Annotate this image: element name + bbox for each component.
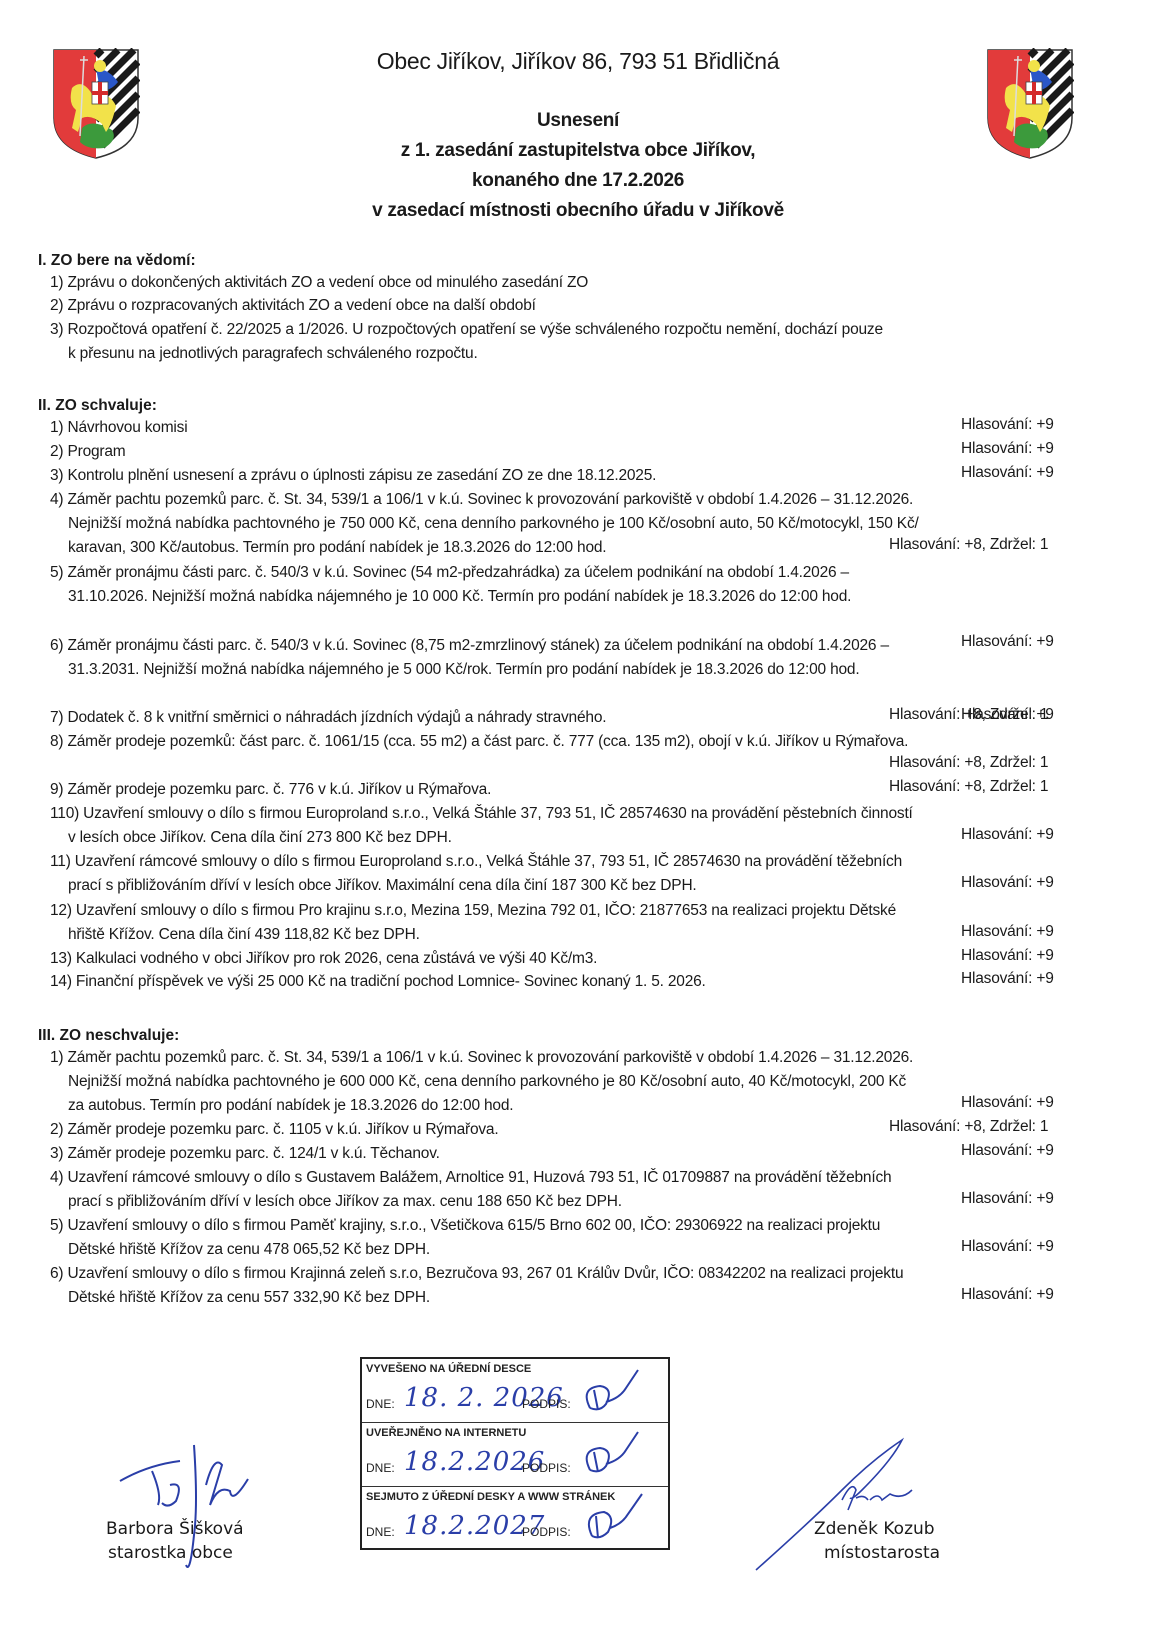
resolution-item: 2) Program: [50, 440, 126, 464]
section-heading: III. ZO neschvaluje:: [38, 1027, 179, 1045]
resolution-item: 1) Záměr pachtu pozemků parc. č. St. 34,…: [50, 1046, 913, 1070]
vote-result: Hlasování: +9: [961, 1286, 1054, 1304]
stamp-label: UVEŘEJNĚNO NA INTERNETU: [366, 1427, 526, 1439]
stamp-signature-label: PODPIS:: [522, 1461, 571, 1475]
vote-result: Hlasování: +9: [961, 970, 1054, 988]
resolution-item: 11) Uzavření rámcové smlouvy o dílo s fi…: [50, 850, 902, 874]
deputy-mayor-role: místostarosta: [824, 1543, 940, 1563]
vote-result: Hlasování: +9: [961, 826, 1054, 844]
vote-result: Hlasování: +8, Zdržel: 1: [889, 754, 1048, 772]
resolution-item: 4) Uzavření rámcové smlouvy o dílo s Gus…: [50, 1166, 891, 1190]
section-heading: II. ZO schvaluje:: [38, 397, 157, 415]
resolution-item: 2) Záměr prodeje pozemku parc. č. 1105 v…: [50, 1118, 498, 1142]
meeting-location: v zasedací místnosti obecního úřadu v Ji…: [0, 200, 1156, 222]
resolution-item: 9) Záměr prodeje pozemku parc. č. 776 v …: [50, 778, 491, 802]
stamp-signature-label: PODPIS:: [522, 1525, 571, 1539]
resolution-item-continuation: za autobus. Termín pro podání nabídek je…: [68, 1094, 513, 1118]
resolution-item: 6) Uzavření smlouvy o dílo s firmou Kraj…: [50, 1262, 903, 1286]
vote-result: Hlasování: +9: [961, 633, 1054, 651]
resolution-item-continuation: hřiště Křížov. Cena díla činí 439 118,82…: [68, 923, 420, 947]
vote-result: Hlasování: +9: [961, 874, 1054, 892]
vote-result: Hlasování: +9: [961, 1094, 1054, 1112]
vote-result: Hlasování: +9: [961, 706, 1054, 724]
meeting-date: konaného dne 17.2.2026: [0, 170, 1156, 192]
resolution-item: 2) Zprávu o rozpracovaných aktivitách ZO…: [50, 294, 536, 318]
document-title: Usnesení: [0, 110, 1156, 132]
resolution-item-continuation: Dětské hřiště Křížov za cenu 478 065,52 …: [68, 1238, 430, 1262]
signature-mayor-icon: [118, 1445, 268, 1585]
resolution-item: 5) Záměr pronájmu části parc. č. 540/3 v…: [50, 561, 849, 585]
resolution-item: 5) Uzavření smlouvy o dílo s firmou Pamě…: [50, 1214, 880, 1238]
resolution-item-continuation: 31.10.2026. Nejnižší možná nabídka nájem…: [68, 585, 851, 609]
resolution-item: 13) Kalkulaci vodného v obci Jiříkov pro…: [50, 947, 597, 971]
vote-result: Hlasování: +9: [961, 1238, 1054, 1256]
section-heading: I. ZO bere na vědomí:: [38, 252, 196, 270]
vote-result: Hlasování: +9: [961, 1142, 1054, 1160]
resolution-item-continuation: Nejnižší možná nabídka pachtovného je 60…: [68, 1070, 906, 1094]
deputy-mayor-name: Zdeněk Kozub: [814, 1519, 935, 1539]
resolution-item: 7) Dodatek č. 8 k vnitřní směrnici o náh…: [50, 706, 606, 730]
resolution-item: 1) Zprávu o dokončených aktivitách ZO a …: [50, 271, 588, 295]
stamp-date-label: DNE:: [366, 1525, 395, 1539]
resolution-item: 3) Záměr prodeje pozemku parc. č. 124/1 …: [50, 1142, 440, 1166]
resolution-item-continuation: Dětské hřiště Křížov za cenu 557 332,90 …: [68, 1286, 430, 1310]
resolution-item: 14) Finanční příspěvek ve výši 25 000 Kč…: [50, 970, 706, 994]
resolution-item: 1) Návrhovou komisi: [50, 416, 187, 440]
stamp-date-label: DNE:: [366, 1397, 395, 1411]
resolution-item: 3) Kontrolu plnění usnesení a zprávu o ú…: [50, 464, 656, 488]
stamp-label: VYVEŠENO NA ÚŘEDNÍ DESCE: [366, 1363, 531, 1375]
stamp-date-label: DNE:: [366, 1461, 395, 1475]
stamp-signature-label: PODPIS:: [522, 1397, 571, 1411]
document-subtitle: z 1. zasedání zastupitelstva obce Jiříko…: [0, 140, 1156, 162]
resolution-item: 8) Záměr prodeje pozemků: část parc. č. …: [50, 730, 908, 754]
resolution-item: 12) Uzavření smlouvy o dílo s firmou Pro…: [50, 899, 896, 923]
vote-result: Hlasování: +8, Zdržel: 1: [889, 778, 1048, 796]
vote-result: Hlasování: +9: [961, 416, 1054, 434]
vote-result: Hlasování: +9: [961, 947, 1054, 965]
vote-result: Hlasování: +9: [961, 923, 1054, 941]
resolution-item: 3) Rozpočtová opatření č. 22/2025 a 1/20…: [50, 318, 883, 342]
resolution-item-continuation: v lesích obce Jiříkov. Cena díla činí 27…: [68, 826, 452, 850]
resolution-item-continuation: 31.3.2031. Nejnižší možná nabídka nájemn…: [68, 658, 859, 682]
resolution-item: 6) Záměr pronájmu části parc. č. 540/3 v…: [50, 634, 889, 658]
vote-result: Hlasování: +8, Zdržel: 1: [889, 1118, 1048, 1136]
vote-result: Hlasování: +9: [961, 440, 1054, 458]
resolution-item-continuation: prací s přibližováním dříví v lesích obc…: [68, 1190, 622, 1214]
resolution-item: 110) Uzavření smlouvy o dílo s firmou Eu…: [50, 802, 913, 826]
mayor-name: Barbora Šišková: [106, 1519, 244, 1539]
resolution-item-continuation: prací s přibližováním dříví v lesích obc…: [68, 874, 697, 898]
mayor-role: starostka obce: [108, 1543, 233, 1563]
resolution-item-continuation: Nejnižší možná nabídka pachtovného je 75…: [68, 512, 919, 536]
municipality-address: Obec Jiříkov, Jiříkov 86, 793 51 Břidlič…: [0, 48, 1156, 75]
resolution-item: 4) Záměr pachtu pozemků parc. č. St. 34,…: [50, 488, 913, 512]
resolution-item-continuation: karavan, 300 Kč/autobus. Termín pro podá…: [68, 536, 606, 560]
handwritten-initials-icon: [570, 1368, 670, 1558]
vote-result: Hlasování: +9: [961, 1190, 1054, 1208]
vote-result: Hlasování: +8, Zdržel: 1: [889, 536, 1048, 554]
resolution-item-continuation: k přesunu na jednotlivých paragrafech sc…: [68, 342, 478, 366]
vote-result: Hlasování: +9: [961, 464, 1054, 482]
